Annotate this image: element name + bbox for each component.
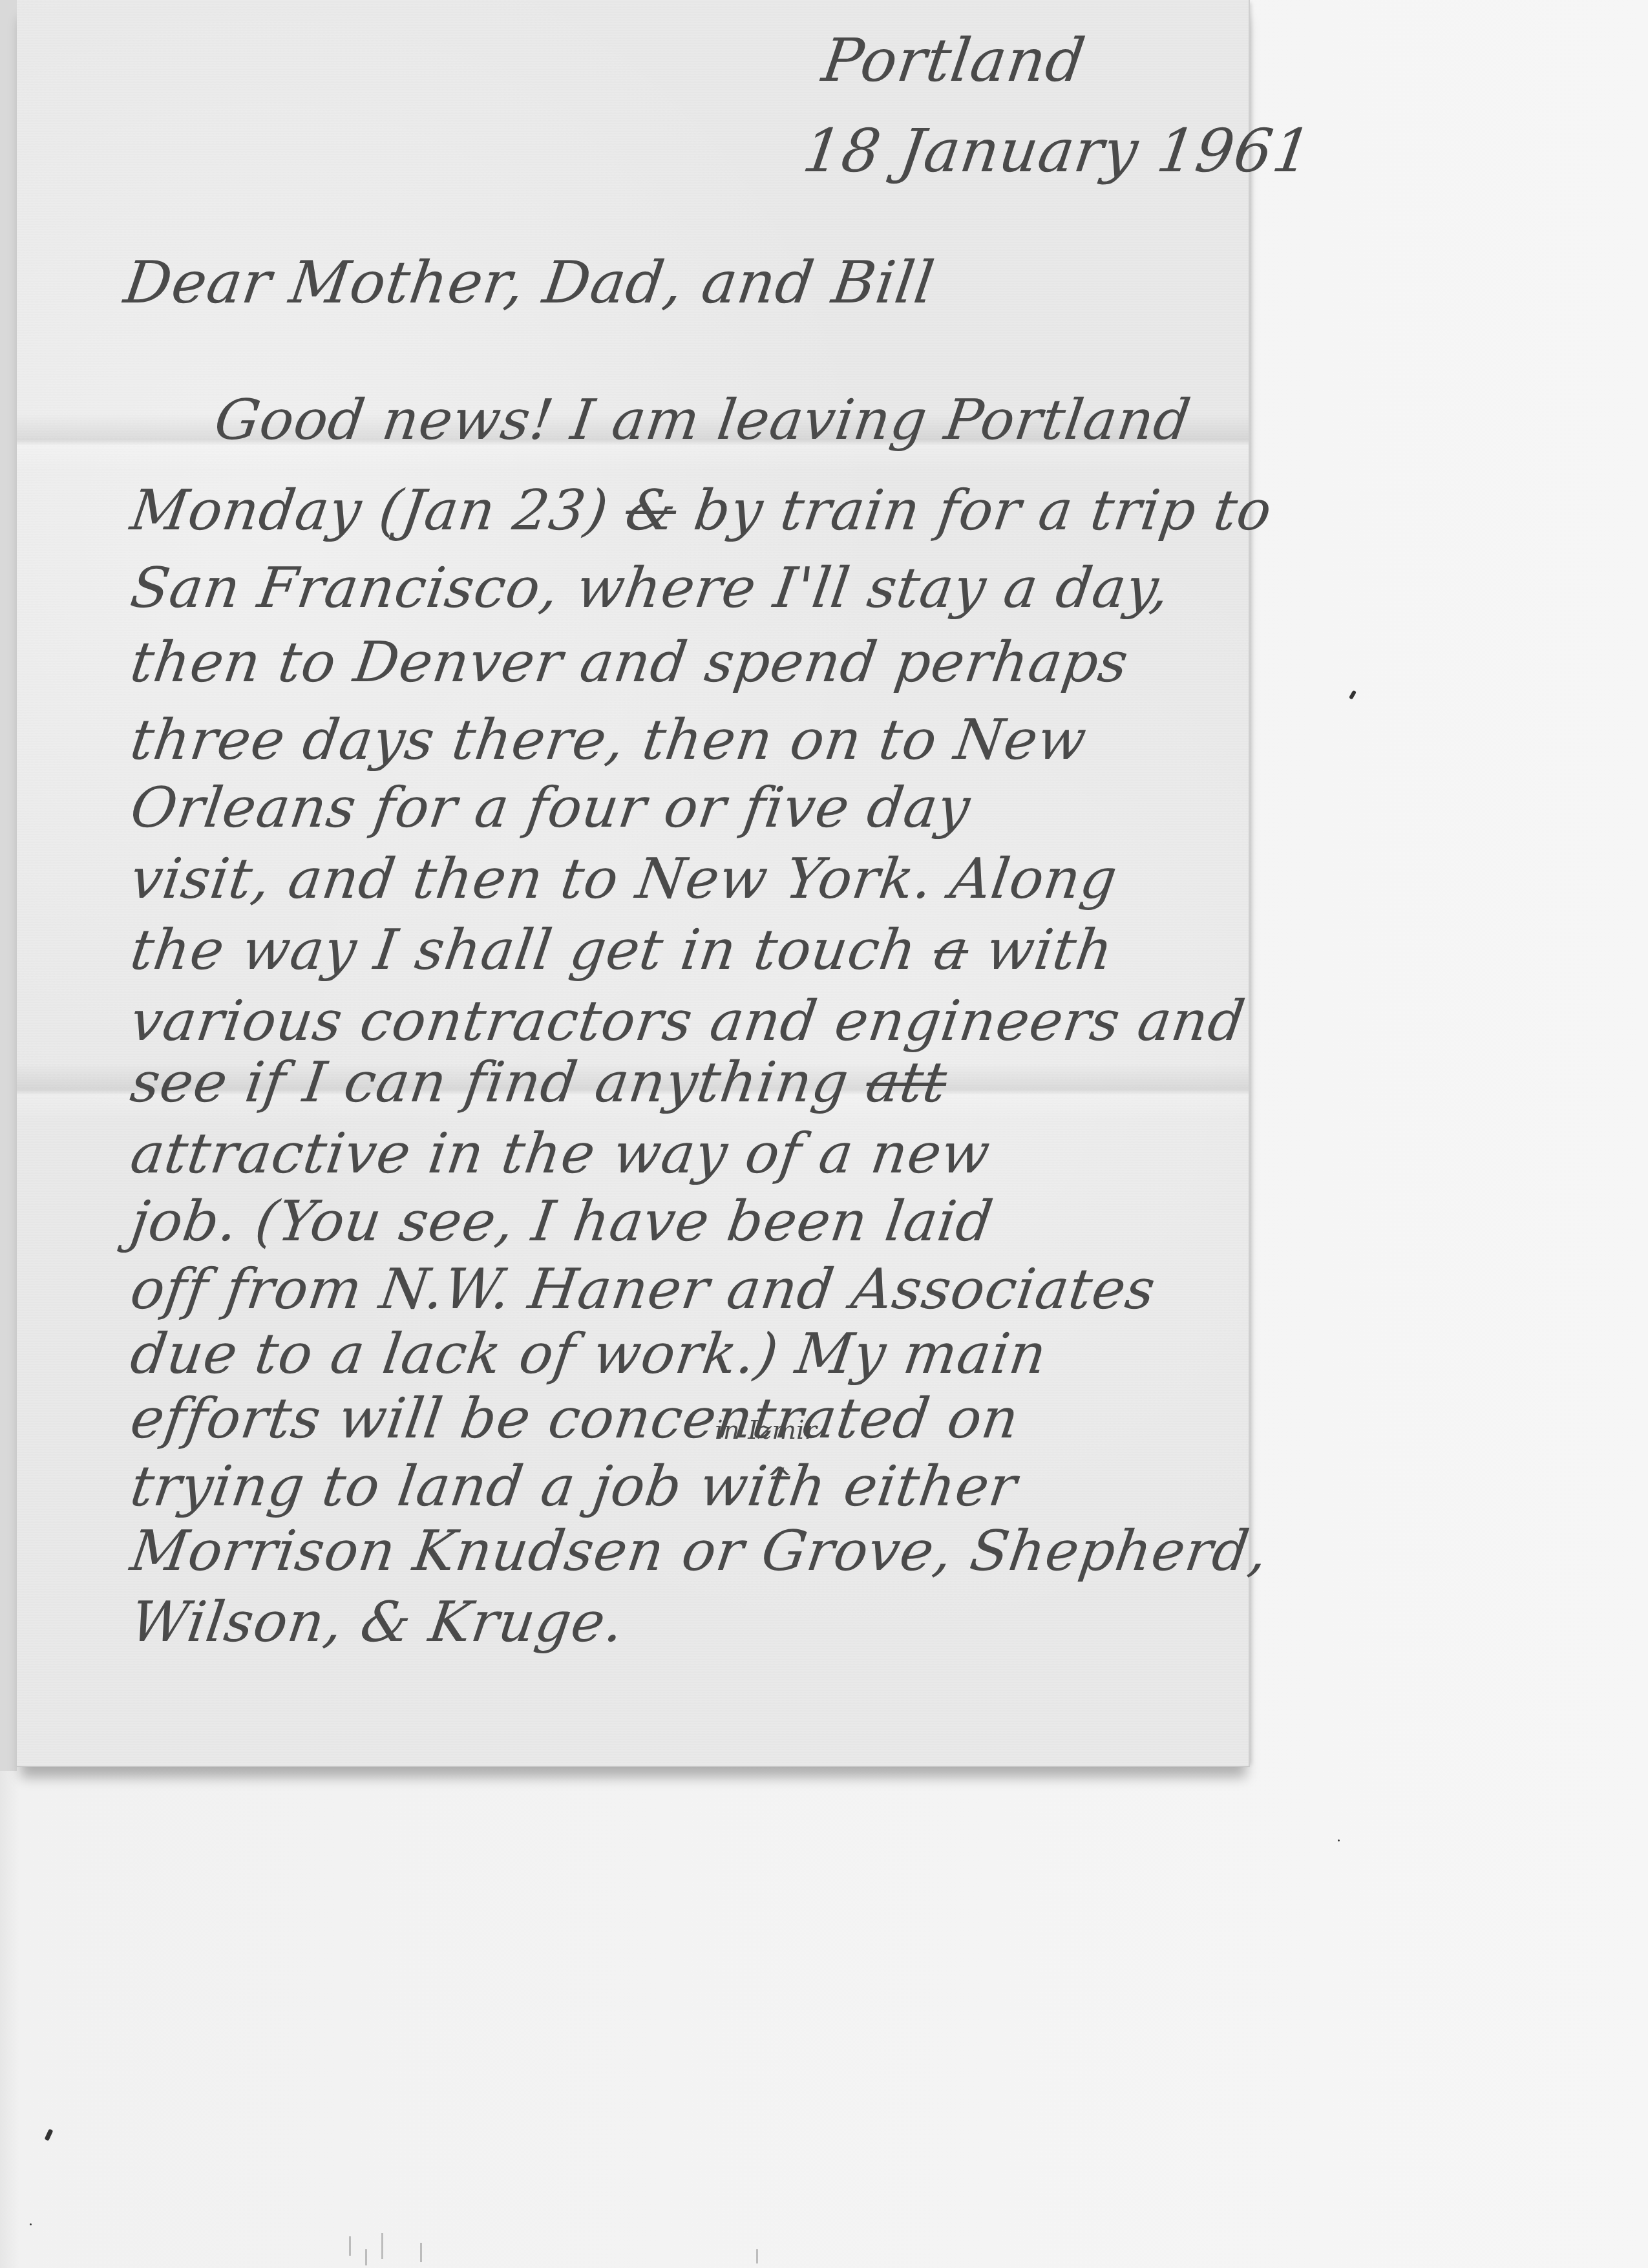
body-line: see if I can find anything att xyxy=(127,1050,951,1115)
scanner-dust xyxy=(756,2249,758,2263)
letter-date: 18 January 1961 xyxy=(799,116,1316,185)
line-text: the way I shall get in touch xyxy=(127,918,939,982)
line-text: by train for a trip to xyxy=(671,478,1276,543)
paper-edge-shadow xyxy=(0,0,17,1771)
body-line: off from N.W. Haner and Associates xyxy=(127,1257,1159,1322)
body-line: visit, and then to New York. Along xyxy=(127,847,1121,911)
body-line: Orleans for a four or five day xyxy=(127,776,975,840)
scanner-dust xyxy=(365,2249,367,2265)
scanner-dust xyxy=(381,2233,383,2259)
body-line: Morrison Knudsen or Grove, Shepherd, xyxy=(127,1519,1272,1584)
body-line: various contractors and engineers and xyxy=(127,989,1249,1054)
struck-text: att xyxy=(862,1050,951,1115)
body-line: Monday (Jan 23) & by train for a trip to xyxy=(127,478,1276,543)
scanner-dust xyxy=(420,2243,422,2262)
dust-speck xyxy=(1338,1839,1340,1841)
struck-text: & xyxy=(622,478,681,543)
body-line: Wilson, & Kruge. xyxy=(127,1590,628,1655)
letter-place: Portland xyxy=(818,26,1090,95)
body-line: due to a lack of work.) My main xyxy=(127,1322,1051,1386)
body-line: three days there, then on to New xyxy=(127,708,1091,772)
body-line: job. (You see, I have been laid xyxy=(127,1189,997,1254)
body-line: trying to land a job with either xyxy=(127,1454,1021,1519)
body-line: San Francisco, where I'll stay a day, xyxy=(127,556,1174,620)
body-line: Good news! I am leaving Portland xyxy=(211,388,1195,452)
body-line: attractive in the way of a new xyxy=(127,1121,995,1186)
body-line: efforts will be concentrated on xyxy=(127,1386,1023,1451)
line-text: Monday (Jan 23) xyxy=(127,478,631,543)
body-line: then to Denver and spend perhaps xyxy=(127,630,1132,695)
line-text: see if I can find anything xyxy=(127,1050,871,1115)
body-line: the way I shall get in touch a with xyxy=(127,918,1117,982)
letter-page: Portland 18 January 1961 Dear Mother, Da… xyxy=(17,0,1250,1767)
inserted-text: in Izmir xyxy=(715,1415,817,1445)
letter-salutation: Dear Mother, Dad, and Bill xyxy=(120,249,939,317)
scanner-dust xyxy=(349,2236,351,2256)
dust-speck xyxy=(30,2223,32,2225)
line-text: with xyxy=(964,918,1117,982)
